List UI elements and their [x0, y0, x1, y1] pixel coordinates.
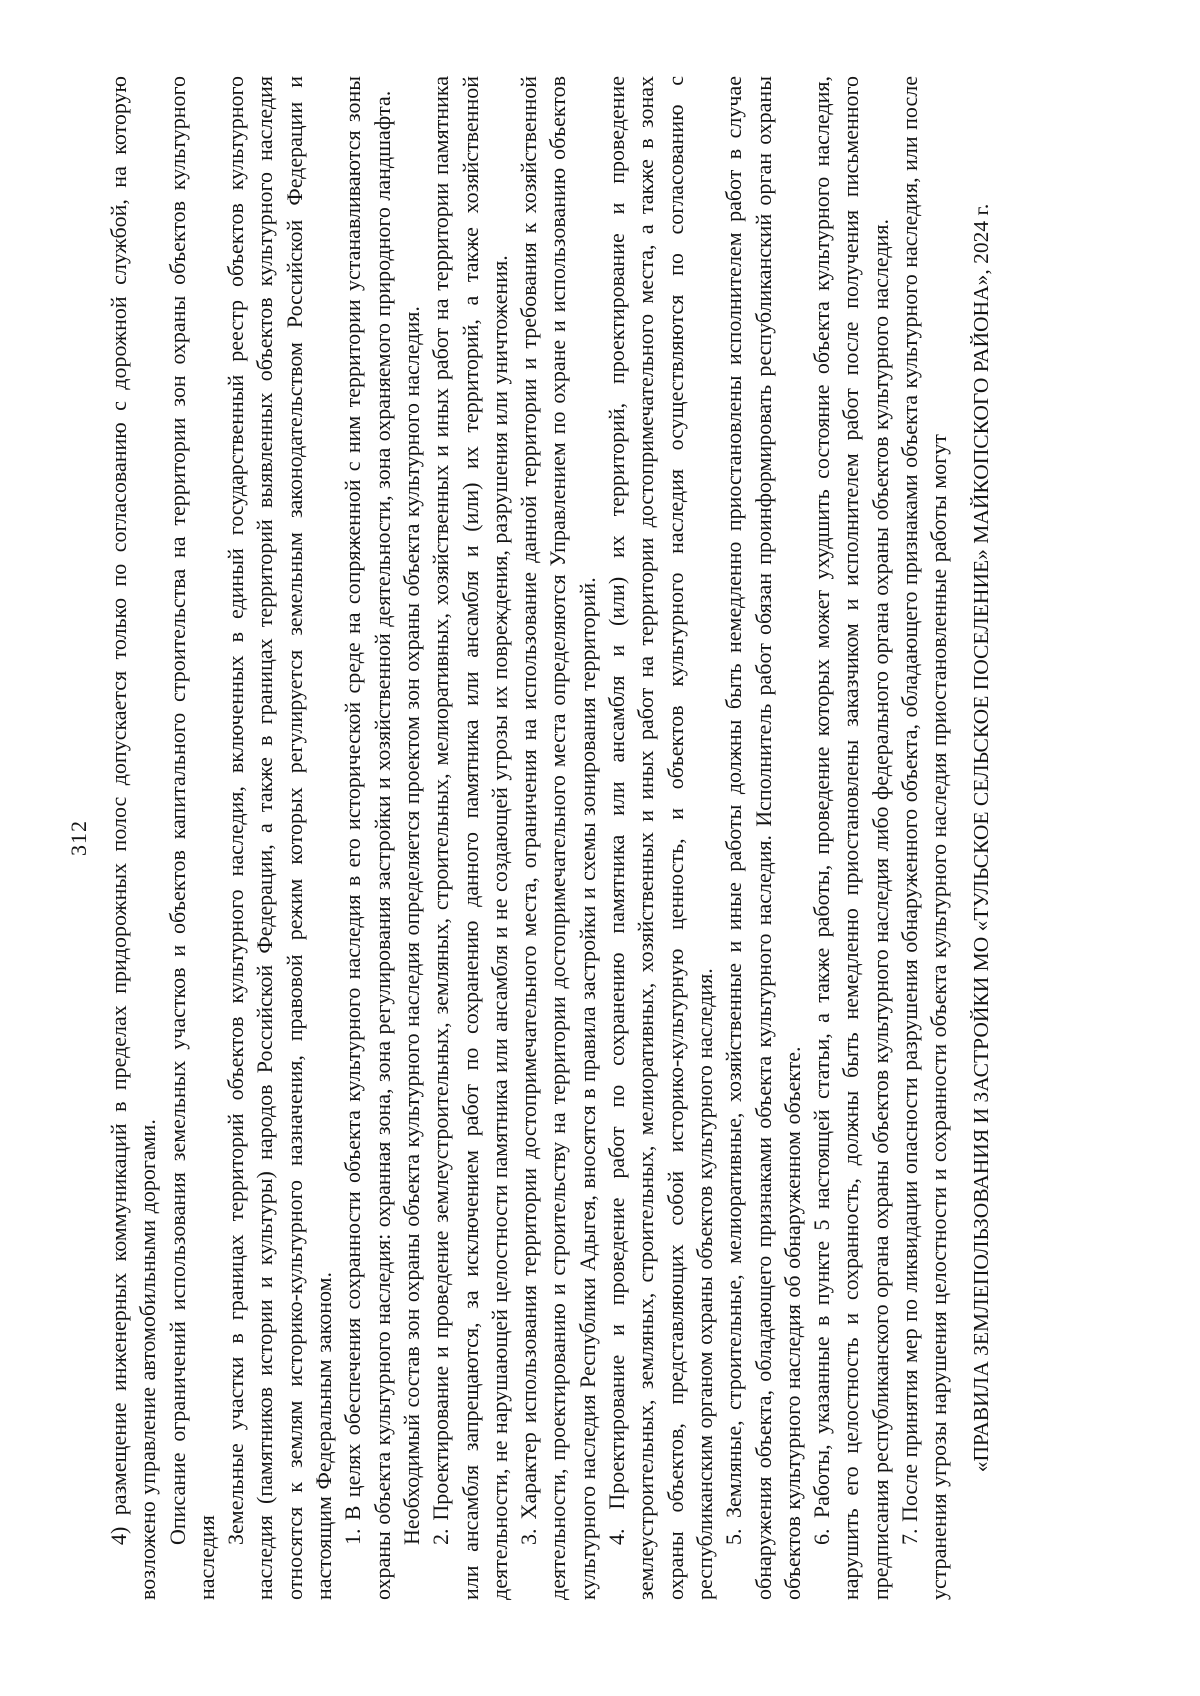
page-footer: «ПРАВИЛА ЗЕМЛЕПОЛЬЗОВАНИЯ И ЗАСТРОЙКИ МО… [967, 76, 996, 1600]
paragraph: 7. После принятия мер по ликвидации опас… [895, 76, 954, 1600]
paragraph: 3. Характер использования территории дос… [514, 76, 602, 1600]
rotated-sheet: 312 4) размещение инженерных коммуникаци… [0, 0, 1200, 1696]
paragraph: Земельные участки в границах территорий … [221, 76, 338, 1600]
paragraph: 5. Земляные, строительные, мелиоративные… [719, 76, 807, 1600]
paragraph: 4) размещение инженерных коммуникаций в … [104, 76, 163, 1600]
page-number: 312 [64, 76, 93, 1600]
paragraph: Описание ограничений использования земел… [163, 76, 222, 1600]
paragraph: 6. Работы, указанные в пункте 5 настояще… [807, 76, 895, 1600]
paragraph: 4. Проектирование и проведение работ по … [602, 76, 719, 1600]
paragraph: 1. В целях обеспечения сохранности объек… [338, 76, 397, 1600]
paragraph: Необходимый состав зон охраны объекта ку… [397, 76, 426, 1600]
document-body: 4) размещение инженерных коммуникаций в … [104, 76, 954, 1600]
document-page: 312 4) размещение инженерных коммуникаци… [0, 0, 1200, 1696]
paragraph: 2. Проектирование и проведение землеустр… [426, 76, 514, 1600]
